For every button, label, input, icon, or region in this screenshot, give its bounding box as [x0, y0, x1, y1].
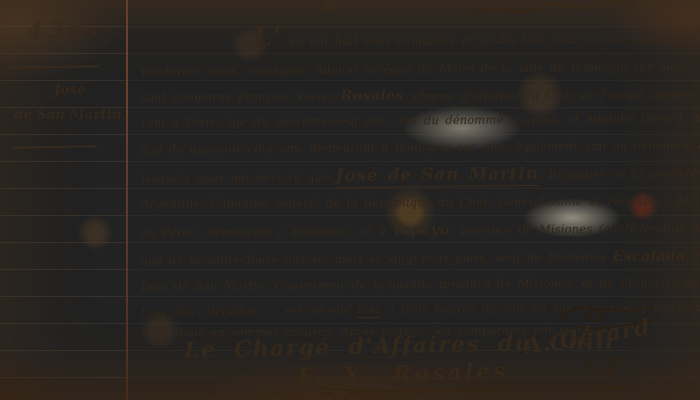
act-line-7: Argentine, Capitaine général de la Répub…: [141, 193, 700, 210]
next-entry-partial-text: [150, 389, 695, 400]
act-line-9-text-b: , fils du colonel: [686, 249, 700, 264]
act-line-3-text: sont comparus François Xavier: [141, 89, 341, 104]
act-line-5: âgé de quarante-cinq ans, demeurant à Bo…: [141, 138, 700, 156]
entry-number: 436.: [26, 14, 103, 45]
escalada-name: Escalada: [612, 247, 685, 265]
act-line-5-text: âgé de quarante-cinq ans, demeurant à Bo…: [141, 138, 700, 156]
act-line-8: du Pérou, demeurant à Boulogne, né à Yap…: [141, 218, 700, 240]
act-line-6: lesquels nous ont déclaré que José de Sa…: [141, 162, 700, 188]
signature-flourish-top: [465, 0, 640, 22]
margin-deceased-first-name: José: [54, 82, 86, 98]
act-line-9: âgé de soixante-douze ans six mois et vi…: [141, 247, 700, 268]
act-line-7-text: Argentine, Capitaine général de la Répub…: [141, 193, 700, 210]
act-line-4-text: rant à Paris, âgé de quarante-neuf ans, …: [141, 110, 700, 129]
act-line-6-text-b: , Brigadier de la confédération: [539, 166, 700, 182]
act-line-3: sont comparus François Xavier Rosales, c…: [141, 86, 696, 106]
act-line-8-text-b: , province de Misiones (confédération Ar…: [450, 220, 700, 237]
san-martin-name: José de San Martin: [335, 164, 538, 188]
margin-rule-bottom: [13, 145, 97, 148]
margin-rule-top: [10, 65, 99, 69]
act-line-3-text-b: , chargé d'affaires du Chili en France, …: [404, 88, 697, 104]
margin-ruling: [0, 0, 126, 400]
margin-deceased-last-name: de San Martin.: [14, 107, 126, 123]
registry-document-photo: 436. José de San Martin. L' an mil huit …: [0, 0, 700, 400]
act-line-8-text: du Pérou, demeurant à Boulogne, né à: [141, 224, 392, 240]
act-line-4: rant à Paris, âgé de quarante-neuf ans, …: [141, 110, 700, 129]
gerard-signature-flourish: [580, 352, 650, 386]
initial-capital: L': [253, 21, 282, 52]
act-line-9-text: âgé de soixante-douze ans six mois et vi…: [141, 250, 613, 267]
act-line-2-text: pardevant nous, soussigné, Adjoint délég…: [141, 60, 685, 79]
rosales-name: Rosales: [340, 87, 403, 104]
yapeyu-name: Yapeyú: [392, 221, 450, 239]
act-line-10: Juan de San Martin, Gouverneur de la sus…: [141, 275, 700, 293]
hier-underlined-word: hier: [357, 303, 381, 318]
act-line-1: L' an mil huit cent cinquante et le dix …: [253, 31, 700, 48]
act-line-1-text: an mil huit cent cinquante et le dix hui…: [289, 31, 700, 48]
margin-vertical-line: [126, 0, 128, 400]
act-line-2: pardevant nous, soussigné, Adjoint délég…: [141, 60, 685, 79]
act-line-11-text: tous deux décédés, — est décédé: [141, 303, 357, 319]
act-line-6-text: lesquels nous ont déclaré que: [141, 170, 336, 186]
act-line-10-text: Juan de San Martin, Gouverneur de la sus…: [141, 275, 700, 293]
